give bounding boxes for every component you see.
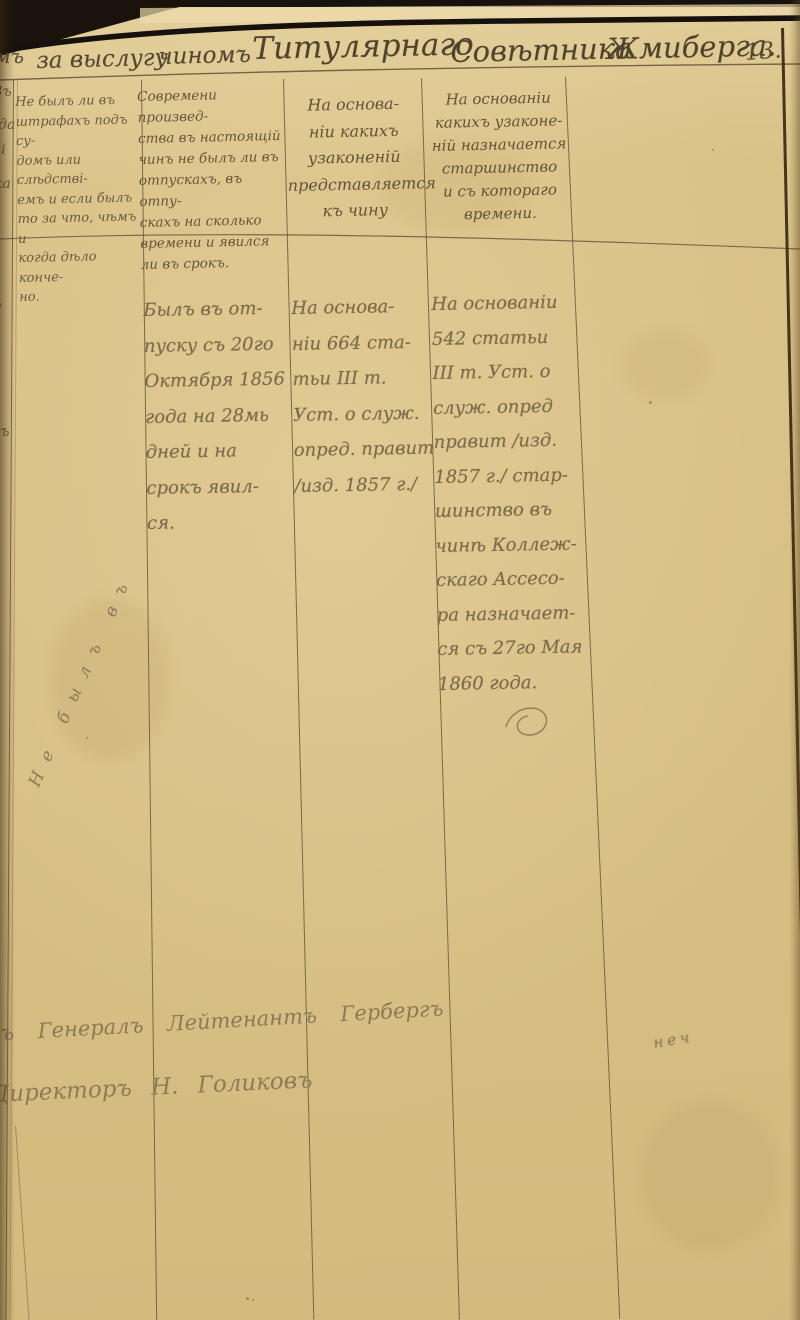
ink-speck (246, 1297, 249, 1300)
cell-leave-entry: Былъ въ от- пуску съ 20го Октября 1856 г… (143, 290, 297, 541)
ink-speck (712, 149, 714, 151)
margin-fragment: ка (0, 176, 11, 192)
ink-speck (252, 1299, 254, 1301)
margin-fragment: ні (0, 142, 6, 158)
page-curl-line (15, 1126, 30, 1320)
ink-speck (86, 737, 88, 739)
paper-stain (640, 1100, 780, 1250)
table-left-border (5, 80, 14, 1320)
column-header-leaves: Современи произвед- ства въ настоящій чи… (137, 84, 287, 276)
column-divider (283, 79, 315, 1320)
signature-director: Директоръ Н. Голиковъ (0, 1064, 391, 1108)
column-header-statute-rank: На основа- ніи какихъ узаконеній предста… (286, 90, 423, 225)
ink-speck (649, 401, 652, 404)
header-rule (0, 60, 800, 90)
margin-fragment: въ (0, 424, 9, 440)
signature-flourish-icon (496, 699, 562, 749)
column-header-statute-seniority: На основаніи какихъ узаконе- ній назнача… (424, 86, 575, 227)
archival-document-page: мъ за выслугу чиномъ Титулярнаго Совѣтни… (0, 0, 800, 1320)
cell-statute-seniority-entry: На основаніи 542 статьи III т. Уст. о сл… (431, 285, 596, 702)
margin-fragment: гда (0, 117, 15, 133)
column-header-penalties: Не былъ ли въ штрафахъ подъ су- домъ или… (15, 90, 145, 307)
signature-general: ръ Генералъ Лейтенантъ Гербергъ (0, 992, 526, 1046)
pencil-note: неч (652, 1015, 773, 1052)
margin-fragment: ь (0, 296, 2, 312)
margin-fragment: Въ (0, 84, 12, 100)
paper-stain (620, 330, 710, 400)
cell-statute-rank-entry: На основа- ніи 664 ста- тьи III т. Уст. … (291, 288, 439, 503)
